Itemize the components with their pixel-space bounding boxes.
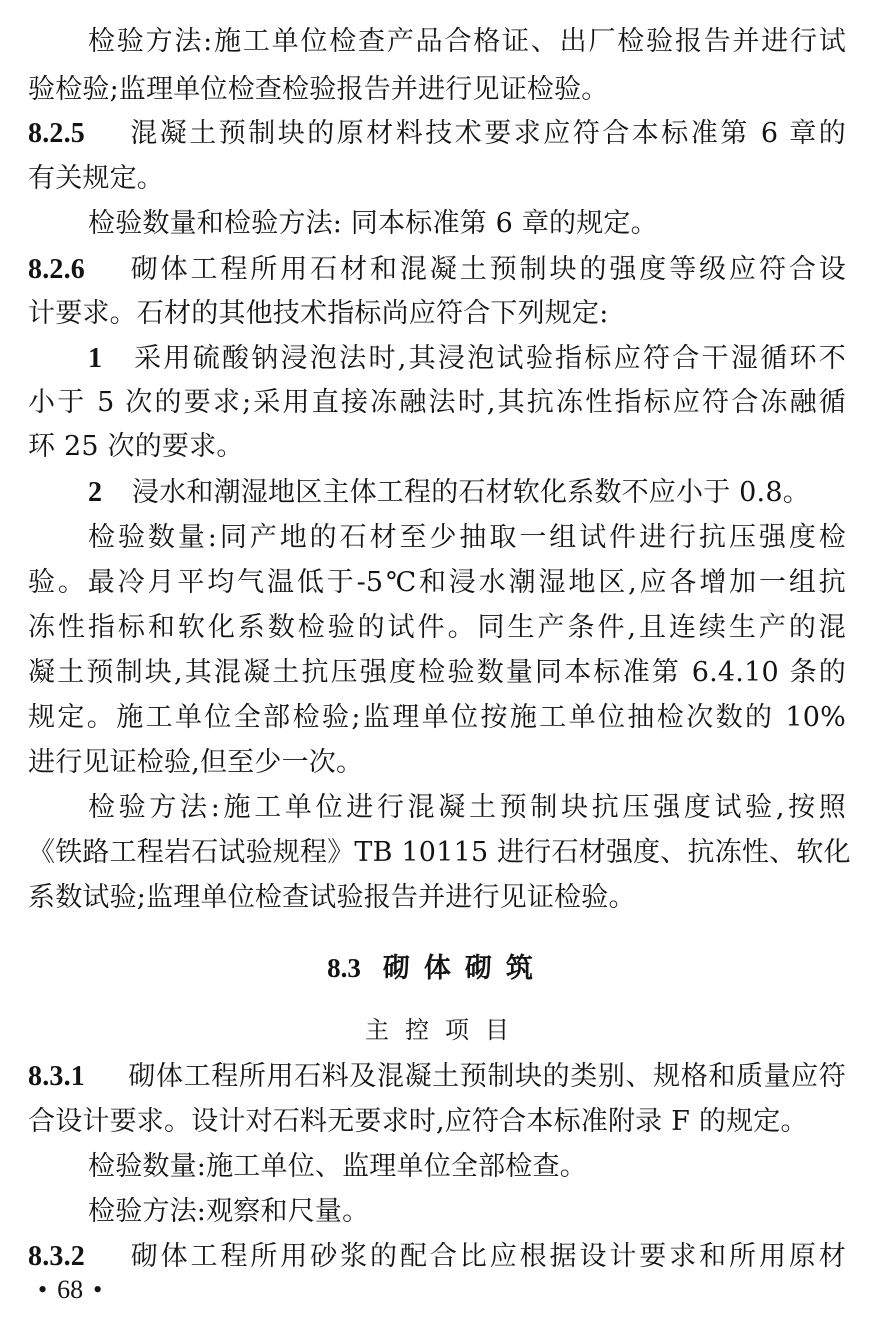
clause-8-2-6: 8.2.6砌体工程所用石材和混凝土预制块的强度等级应符合设 <box>28 248 846 292</box>
line-text: 有关规定。 <box>28 163 164 194</box>
line-text: 小于 5 次的要求;采用直接冻融法时,其抗冻性指标应符合冻融循 <box>28 387 846 418</box>
clause-8-3-2: 8.3.2砌体工程所用砂浆的配合比应根据设计要求和所用原材 <box>28 1235 846 1279</box>
paragraph-line: 系数试验;监理单位检查试验报告并进行见证检验。 <box>28 876 846 920</box>
paragraph-line: 检验数量:同产地的石材至少抽取一组试件进行抗压强度检 <box>88 516 846 560</box>
paragraph-line: 《铁路工程岩石试验规程》TB 10115 进行石材强度、抗冻性、软化 <box>28 831 846 875</box>
subsection-heading: 主控项目 <box>0 1010 874 1050</box>
clause-number: 8.2.6 <box>28 248 128 292</box>
clause-8-3-1: 8.3.1砌体工程所用石料及混凝土预制块的类别、规格和质量应符 <box>28 1055 846 1099</box>
paragraph-line: 合设计要求。设计对石料无要求时,应符合本标准附录 F 的规定。 <box>28 1100 846 1144</box>
line-text: 砌体工程所用石料及混凝土预制块的类别、规格和质量应符 <box>128 1061 846 1092</box>
line-text: 检验数量和检验方法: 同本标准第 6 章的规定。 <box>88 208 658 239</box>
paragraph-line: 计要求。石材的其他技术指标尚应符合下列规定: <box>28 292 846 336</box>
paragraph-line: 进行见证检验,但至少一次。 <box>28 741 846 785</box>
line-text: 凝土预制块,其混凝土抗压强度检验数量同本标准第 6.4.10 条的 <box>28 657 846 688</box>
paragraph-line: 环 25 次的要求。 <box>28 425 846 469</box>
list-item-1: 1采用硫酸钠浸泡法时,其浸泡试验指标应符合干湿循环不 <box>88 337 846 381</box>
line-text: 检验数量:施工单位、监理单位全部检查。 <box>88 1151 587 1182</box>
line-text: 冻性指标和软化系数检验的试件。同生产条件,且连续生产的混 <box>28 612 846 643</box>
list-item-2: 2浸水和潮湿地区主体工程的石材软化系数不应小于 0.8。 <box>88 471 846 515</box>
clause-8-2-5: 8.2.5混凝土预制块的原材料技术要求应符合本标准第 6 章的 <box>28 112 846 156</box>
line-text: 规定。施工单位全部检验;监理单位按施工单位抽检次数的 10% <box>28 702 846 733</box>
line-text: 混凝土预制块的原材料技术要求应符合本标准第 6 章的 <box>128 118 846 149</box>
item-number: 1 <box>88 337 132 381</box>
line-text: 砌体工程所用石材和混凝土预制块的强度等级应符合设 <box>128 254 846 285</box>
clause-number: 8.2.5 <box>28 112 128 156</box>
paragraph-line: 检验方法:施工单位进行混凝土预制块抗压强度试验,按照 <box>88 786 846 830</box>
line-text: 《铁路工程岩石试验规程》TB 10115 进行石材强度、抗冻性、软化 <box>28 837 851 868</box>
bullet-icon: • <box>38 1275 47 1304</box>
line-text: 采用硫酸钠浸泡法时,其浸泡试验指标应符合干湿循环不 <box>132 343 846 374</box>
paragraph-line: 检验方法:施工单位检查产品合格证、出厂检验报告并进行试 <box>88 20 846 64</box>
paragraph-line: 检验数量:施工单位、监理单位全部检查。 <box>88 1145 846 1189</box>
line-text: 进行见证检验,但至少一次。 <box>28 747 363 778</box>
line-text: 合设计要求。设计对石料无要求时,应符合本标准附录 F 的规定。 <box>28 1106 808 1137</box>
line-text: 计要求。石材的其他技术指标尚应符合下列规定: <box>28 298 609 329</box>
document-page: 检验方法:施工单位检查产品合格证、出厂检验报告并进行试 验检验;监理单位检查检验… <box>0 0 874 1343</box>
paragraph-line: 小于 5 次的要求;采用直接冻融法时,其抗冻性指标应符合冻融循 <box>28 381 846 425</box>
line-text: 环 25 次的要求。 <box>28 431 244 462</box>
section-title-text: 砌体砌筑 <box>383 953 547 984</box>
paragraph-line: 规定。施工单位全部检验;监理单位按施工单位抽检次数的 10% <box>28 696 846 740</box>
item-number: 2 <box>88 471 132 515</box>
bullet-icon: • <box>93 1275 102 1304</box>
line-text: 验检验;监理单位检查检验报告并进行见证检验。 <box>28 74 609 105</box>
paragraph-line: 有关规定。 <box>28 157 846 201</box>
clause-number: 8.3.1 <box>28 1055 128 1099</box>
line-text: 检验方法:施工单位进行混凝土预制块抗压强度试验,按照 <box>88 792 846 823</box>
paragraph-line: 冻性指标和软化系数检验的试件。同生产条件,且连续生产的混 <box>28 606 846 650</box>
page-number-footer: •68• <box>28 1270 112 1310</box>
line-text: 验。最冷月平均气温低于-5℃和浸水潮湿地区,应各增加一组抗 <box>28 567 846 598</box>
paragraph-line: 检验数量和检验方法: 同本标准第 6 章的规定。 <box>88 202 846 246</box>
paragraph-line: 凝土预制块,其混凝土抗压强度检验数量同本标准第 6.4.10 条的 <box>28 651 846 695</box>
paragraph-line: 验。最冷月平均气温低于-5℃和浸水潮湿地区,应各增加一组抗 <box>28 561 846 605</box>
line-text: 检验方法:观察和尺量。 <box>88 1196 369 1227</box>
page-number: 68 <box>57 1275 83 1304</box>
line-text: 浸水和潮湿地区主体工程的石材软化系数不应小于 0.8。 <box>132 477 810 508</box>
paragraph-line: 检验方法:观察和尺量。 <box>88 1190 846 1234</box>
line-text: 砌体工程所用砂浆的配合比应根据设计要求和所用原材 <box>128 1241 846 1272</box>
section-number: 8.3 <box>327 953 361 983</box>
line-text: 检验方法:施工单位检查产品合格证、出厂检验报告并进行试 <box>88 26 846 57</box>
paragraph-line: 验检验;监理单位检查检验报告并进行见证检验。 <box>28 68 846 112</box>
line-text: 检验数量:同产地的石材至少抽取一组试件进行抗压强度检 <box>88 522 846 553</box>
line-text: 系数试验;监理单位检查试验报告并进行见证检验。 <box>28 882 636 913</box>
section-heading: 8.3砌体砌筑 <box>0 946 874 990</box>
